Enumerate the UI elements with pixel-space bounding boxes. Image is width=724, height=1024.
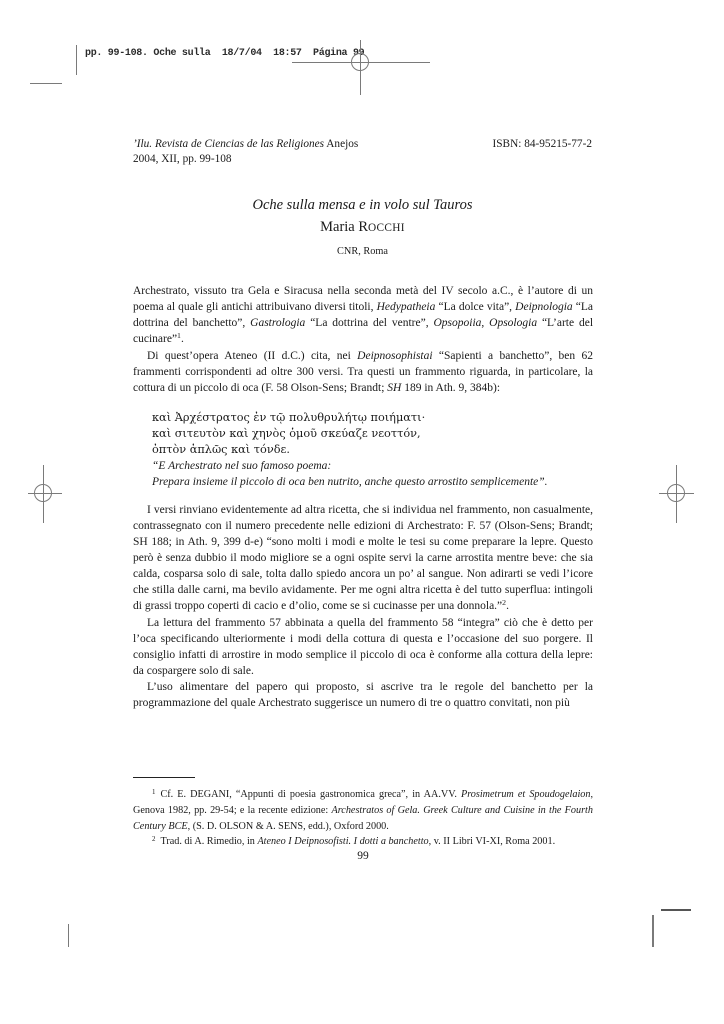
footnote: 2Trad. di A. Rimedio, in Ateneo I Deipno…	[133, 834, 593, 850]
footnote-area: 1Cf. E. DEGANI, “Appunti di poesia gastr…	[133, 777, 593, 850]
registration-mark-top-circle	[351, 53, 369, 71]
page-number: 99	[133, 850, 593, 862]
body-paragraph: L’uso alimentare del papero qui proposto…	[133, 679, 593, 711]
crop-mark-top-left-vertical	[76, 45, 77, 75]
crop-mark-bottom-left-vertical	[68, 924, 69, 947]
greek-quote-line: καὶ Ἀρχέστρατος ἐν τῷ πολυθρυλήτῳ ποιήμα…	[152, 410, 593, 426]
body-paragraph: Di quest’opera Ateneo (II d.C.) cita, ne…	[133, 348, 593, 396]
print-slug: pp. 99-108. Oche sulla 18/7/04 18:57 Pág…	[85, 48, 364, 59]
body-paragraph: La lettura del frammento 57 abbinata a q…	[133, 615, 593, 679]
translation-line: Prepara insieme il piccolo di oca ben nu…	[152, 474, 593, 490]
article-title: Oche sulla mensa e in volo sul Tauros	[133, 196, 592, 214]
registration-mark-right-circle	[667, 484, 685, 502]
journal-issue-line: 2004, XII, pp. 99-108	[133, 152, 592, 167]
greek-quote-line: καὶ σιτευτὸν καὶ χηνὸς ὁμοῦ σκεύαζε νεοτ…	[152, 426, 593, 442]
article-affiliation: CNR, Roma	[133, 246, 592, 257]
translation-line: “E Archestrato nel suo famoso poema:	[152, 458, 593, 474]
article-body: Archestrato, vissuto tra Gela e Siracusa…	[133, 283, 593, 711]
body-paragraph: Archestrato, vissuto tra Gela e Siracusa…	[133, 283, 593, 348]
article-author: Maria ROCCHI	[133, 218, 592, 237]
isbn-label: ISBN: 84-95215-77-2	[493, 138, 592, 150]
crop-mark-bottom-right-horizontal	[661, 909, 691, 911]
crop-mark-top-left-horizontal	[30, 83, 62, 84]
footnote: 1Cf. E. DEGANI, “Appunti di poesia gastr…	[133, 787, 593, 834]
title-block: Oche sulla mensa e in volo sul Tauros Ma…	[133, 196, 592, 257]
footnotes: 1Cf. E. DEGANI, “Appunti di poesia gastr…	[133, 787, 593, 850]
body-paragraph: I versi rinviano evidentemente ad altra …	[133, 502, 593, 615]
registration-mark-left-circle	[34, 484, 52, 502]
scanned-paper-page: pp. 99-108. Oche sulla 18/7/04 18:57 Pág…	[0, 0, 724, 1024]
greek-quote-line: ὀπτὸν ἁπλῶς καὶ τόνδε.	[152, 442, 593, 458]
block-quote: καὶ Ἀρχέστρατος ἐν τῷ πολυθρυλήτῳ ποιήμα…	[133, 410, 593, 490]
footnote-rule	[133, 777, 195, 778]
crop-mark-bottom-right-vertical	[652, 915, 654, 947]
